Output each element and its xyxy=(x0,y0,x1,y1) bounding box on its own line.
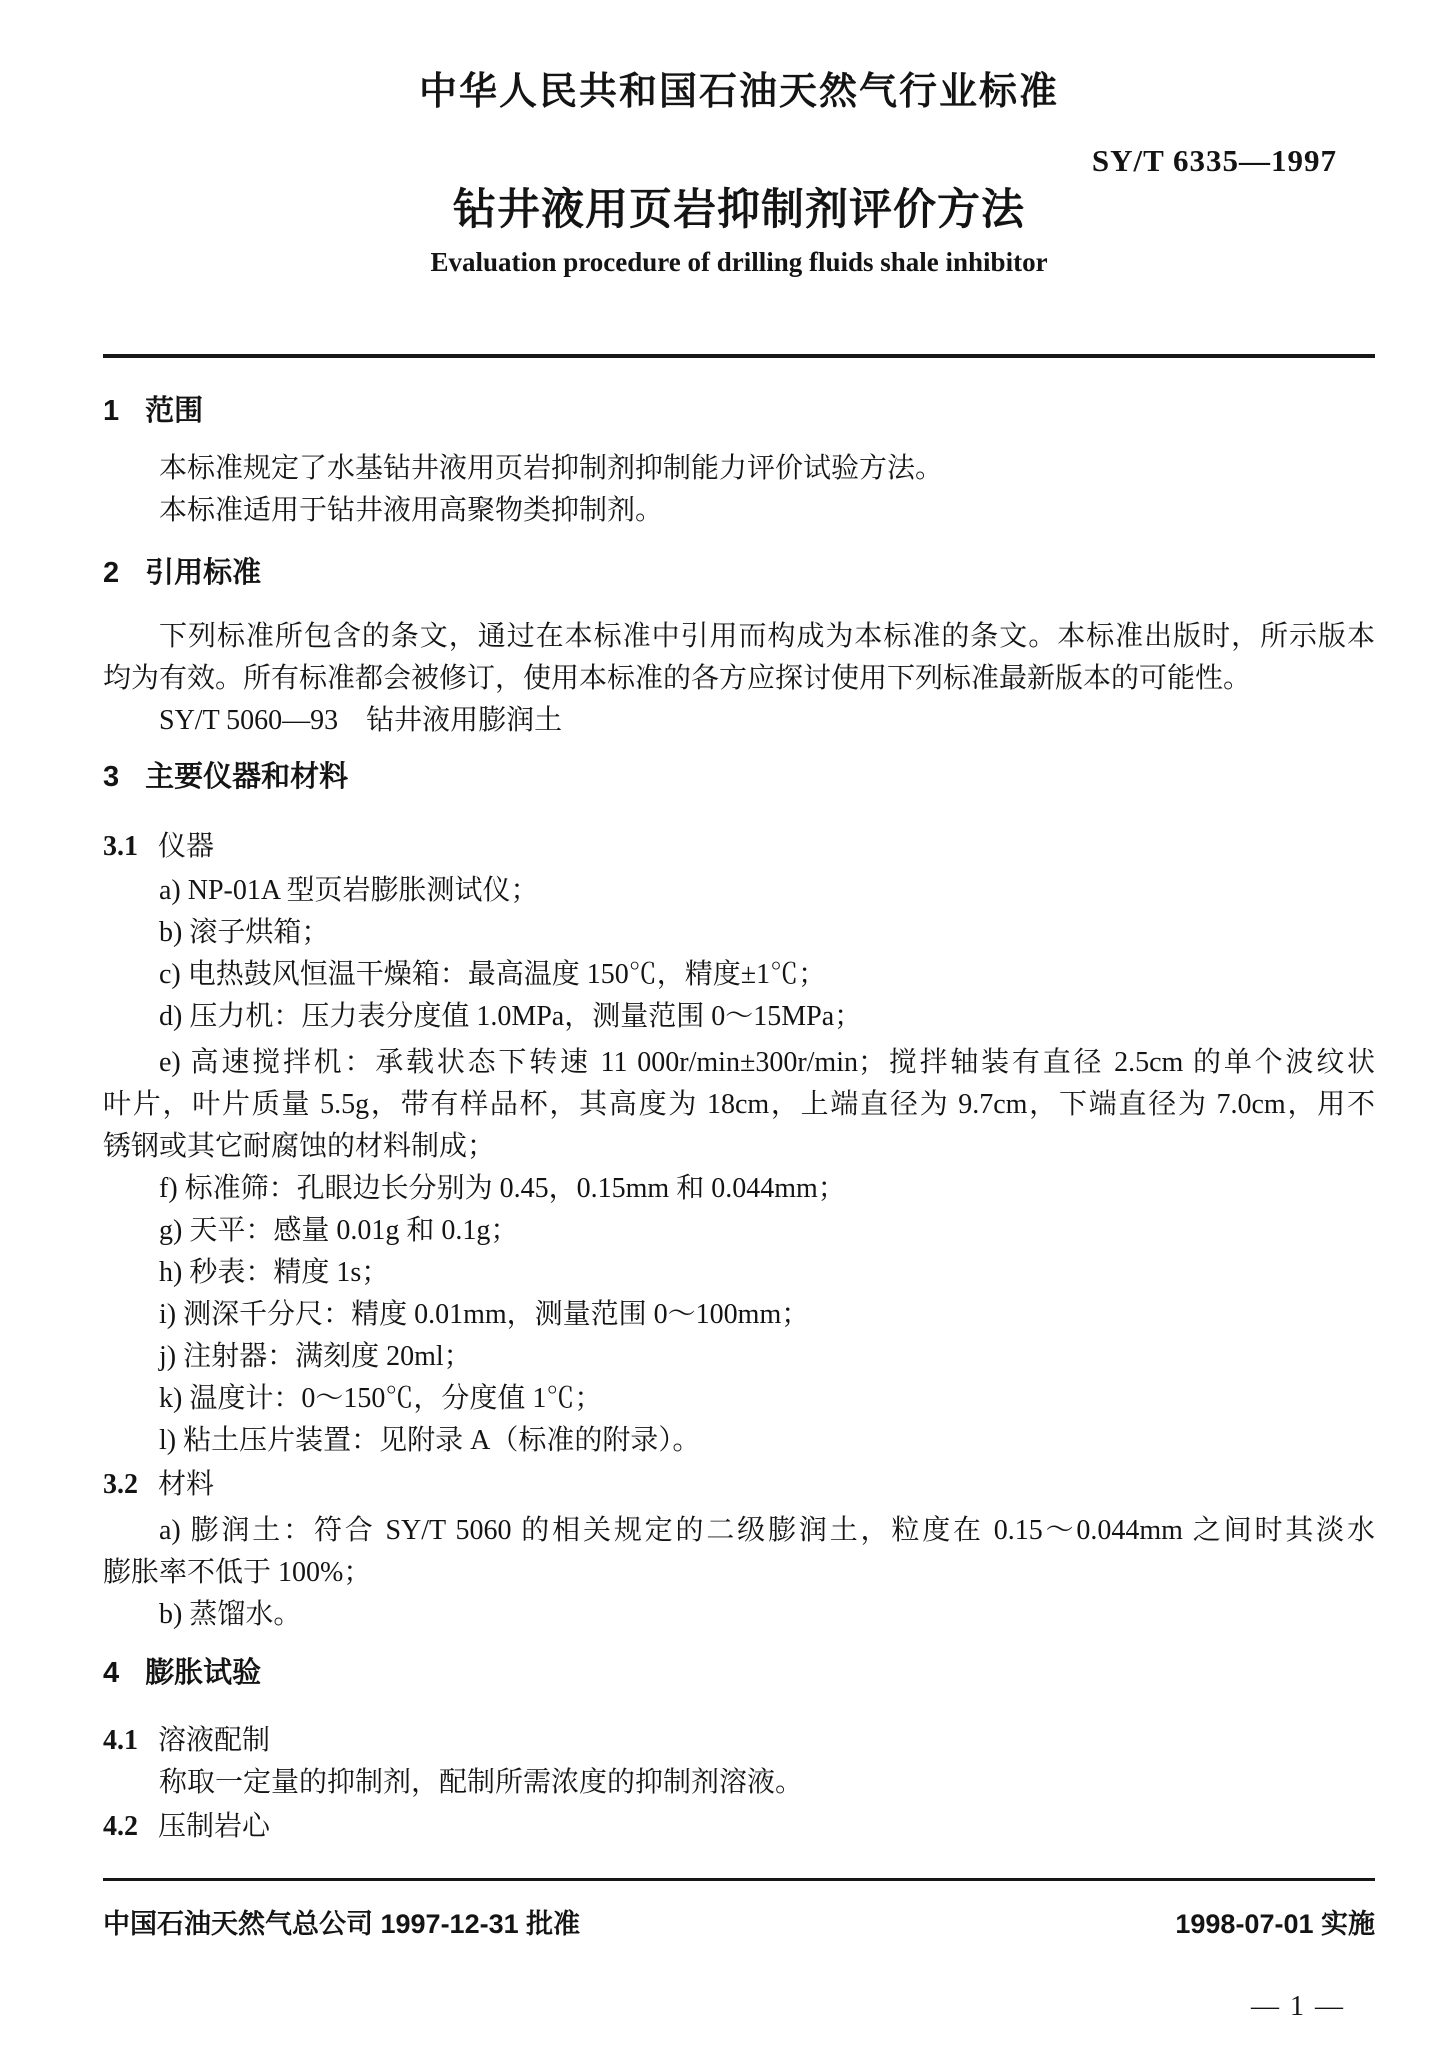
section-4-2-number: 4.2 xyxy=(103,1811,138,1842)
footer-rule xyxy=(103,1878,1375,1881)
list-item-l: l) 粘土压片装置：见附录 A（标准的附录）。 xyxy=(103,1420,1375,1462)
list-item-a: a) NP-01A 型页岩膨胀测试仪； xyxy=(103,870,1375,912)
list-item-j: j) 注射器：满刻度 20ml； xyxy=(103,1336,1375,1378)
section-4-heading: 4膨胀试验 xyxy=(103,1656,1375,1690)
section-4-2-title: 压制岩心 xyxy=(158,1811,270,1842)
section-4-1-heading: 4.1溶液配制 xyxy=(103,1724,1375,1758)
section-4-1-paragraph: 称取一定量的抑制剂，配制所需浓度的抑制剂溶液。 xyxy=(103,1762,1375,1804)
list-item-i: i) 测深千分尺：精度 0.01mm，测量范围 0～100mm； xyxy=(103,1294,1375,1336)
list-item-e-line-1: e) 高速搅拌机：承载状态下转速 11 000r/min±300r/min；搅拌… xyxy=(103,1042,1375,1084)
material-item-a-line-2: 膨胀率不低于 100%； xyxy=(103,1552,1375,1594)
section-4-title: 膨胀试验 xyxy=(145,1657,261,1689)
section-1-title: 范围 xyxy=(145,395,203,427)
list-item-e-line-3: 锈钢或其它耐腐蚀的材料制成； xyxy=(103,1126,1375,1168)
section-4-2-heading: 4.2压制岩心 xyxy=(103,1810,1375,1844)
section-3-1-number: 3.1 xyxy=(103,831,138,862)
document-title-en: Evaluation procedure of drilling fluids … xyxy=(103,247,1375,277)
footer: 中国石油天然气总公司 1997-12-31 批准 1998-07-01 实施 xyxy=(103,1907,1375,1941)
section-1-paragraph-2: 本标准适用于钻井液用高聚物类抑制剂。 xyxy=(103,490,1375,532)
section-2-reference: SY/T 5060—93 钻井液用膨润土 xyxy=(103,700,1375,742)
section-4-1-title: 溶液配制 xyxy=(158,1725,270,1756)
list-item-h: h) 秒表：精度 1s； xyxy=(103,1252,1375,1294)
material-item-b: b) 蒸馏水。 xyxy=(103,1594,1375,1636)
list-item-c: c) 电热鼓风恒温干燥箱：最高温度 150℃，精度±1℃； xyxy=(103,954,1375,996)
list-item-e-line-2: 叶片，叶片质量 5.5g，带有样品杯，其高度为 18cm，上端直径为 9.7cm… xyxy=(103,1084,1375,1126)
section-3-2-title: 材料 xyxy=(158,1469,214,1500)
standard-org-title: 中华人民共和国石油天然气行业标准 xyxy=(103,70,1375,114)
standard-number: SY/T 6335—1997 xyxy=(103,144,1375,178)
section-4-1-number: 4.1 xyxy=(103,1725,138,1756)
section-3-2-heading: 3.2材料 xyxy=(103,1468,1375,1502)
section-3-heading: 3主要仪器和材料 xyxy=(103,760,1375,794)
header-rule xyxy=(103,354,1375,358)
section-2-heading: 2引用标准 xyxy=(103,556,1375,590)
list-item-d: d) 压力机：压力表分度值 1.0MPa，测量范围 0～15MPa； xyxy=(103,996,1375,1038)
section-1-heading: 1范围 xyxy=(103,394,1375,428)
section-3-1-title: 仪器 xyxy=(158,831,214,862)
section-3-number: 3 xyxy=(103,761,119,793)
section-3-1-heading: 3.1仪器 xyxy=(103,830,1375,864)
implementation-statement: 1998-07-01 实施 xyxy=(1175,1907,1375,1941)
section-3-title: 主要仪器和材料 xyxy=(145,761,348,793)
list-item-b: b) 滚子烘箱； xyxy=(103,912,1375,954)
list-item-k: k) 温度计：0～150℃，分度值 1℃； xyxy=(103,1378,1375,1420)
section-1-number: 1 xyxy=(103,395,119,427)
approval-statement: 中国石油天然气总公司 1997-12-31 批准 xyxy=(103,1907,580,1941)
material-item-a-line-1: a) 膨润土：符合 SY/T 5060 的相关规定的二级膨润土，粒度在 0.15… xyxy=(103,1510,1375,1552)
section-4-number: 4 xyxy=(103,1657,119,1689)
list-item-f: f) 标准筛：孔眼边长分别为 0.45，0.15mm 和 0.044mm； xyxy=(103,1168,1375,1210)
section-2-paragraph-line-2: 均为有效。所有标准都会被修订，使用本标准的各方应探讨使用下列标准最新版本的可能性… xyxy=(103,658,1375,700)
document-page: 中华人民共和国石油天然气行业标准 SY/T 6335—1997 钻井液用页岩抑制… xyxy=(0,0,1448,2048)
document-title-cn: 钻井液用页岩抑制剂评价方法 xyxy=(103,186,1375,234)
section-2-paragraph-line-1: 下列标准所包含的条文，通过在本标准中引用而构成为本标准的条文。本标准出版时，所示… xyxy=(103,616,1375,658)
section-2-number: 2 xyxy=(103,557,119,589)
section-2-title: 引用标准 xyxy=(145,557,261,589)
list-item-g: g) 天平：感量 0.01g 和 0.1g； xyxy=(103,1210,1375,1252)
section-1-paragraph-1: 本标准规定了水基钻井液用页岩抑制剂抑制能力评价试验方法。 xyxy=(103,448,1375,490)
section-3-2-number: 3.2 xyxy=(103,1469,138,1500)
page-number: — 1 — xyxy=(103,1991,1375,2023)
